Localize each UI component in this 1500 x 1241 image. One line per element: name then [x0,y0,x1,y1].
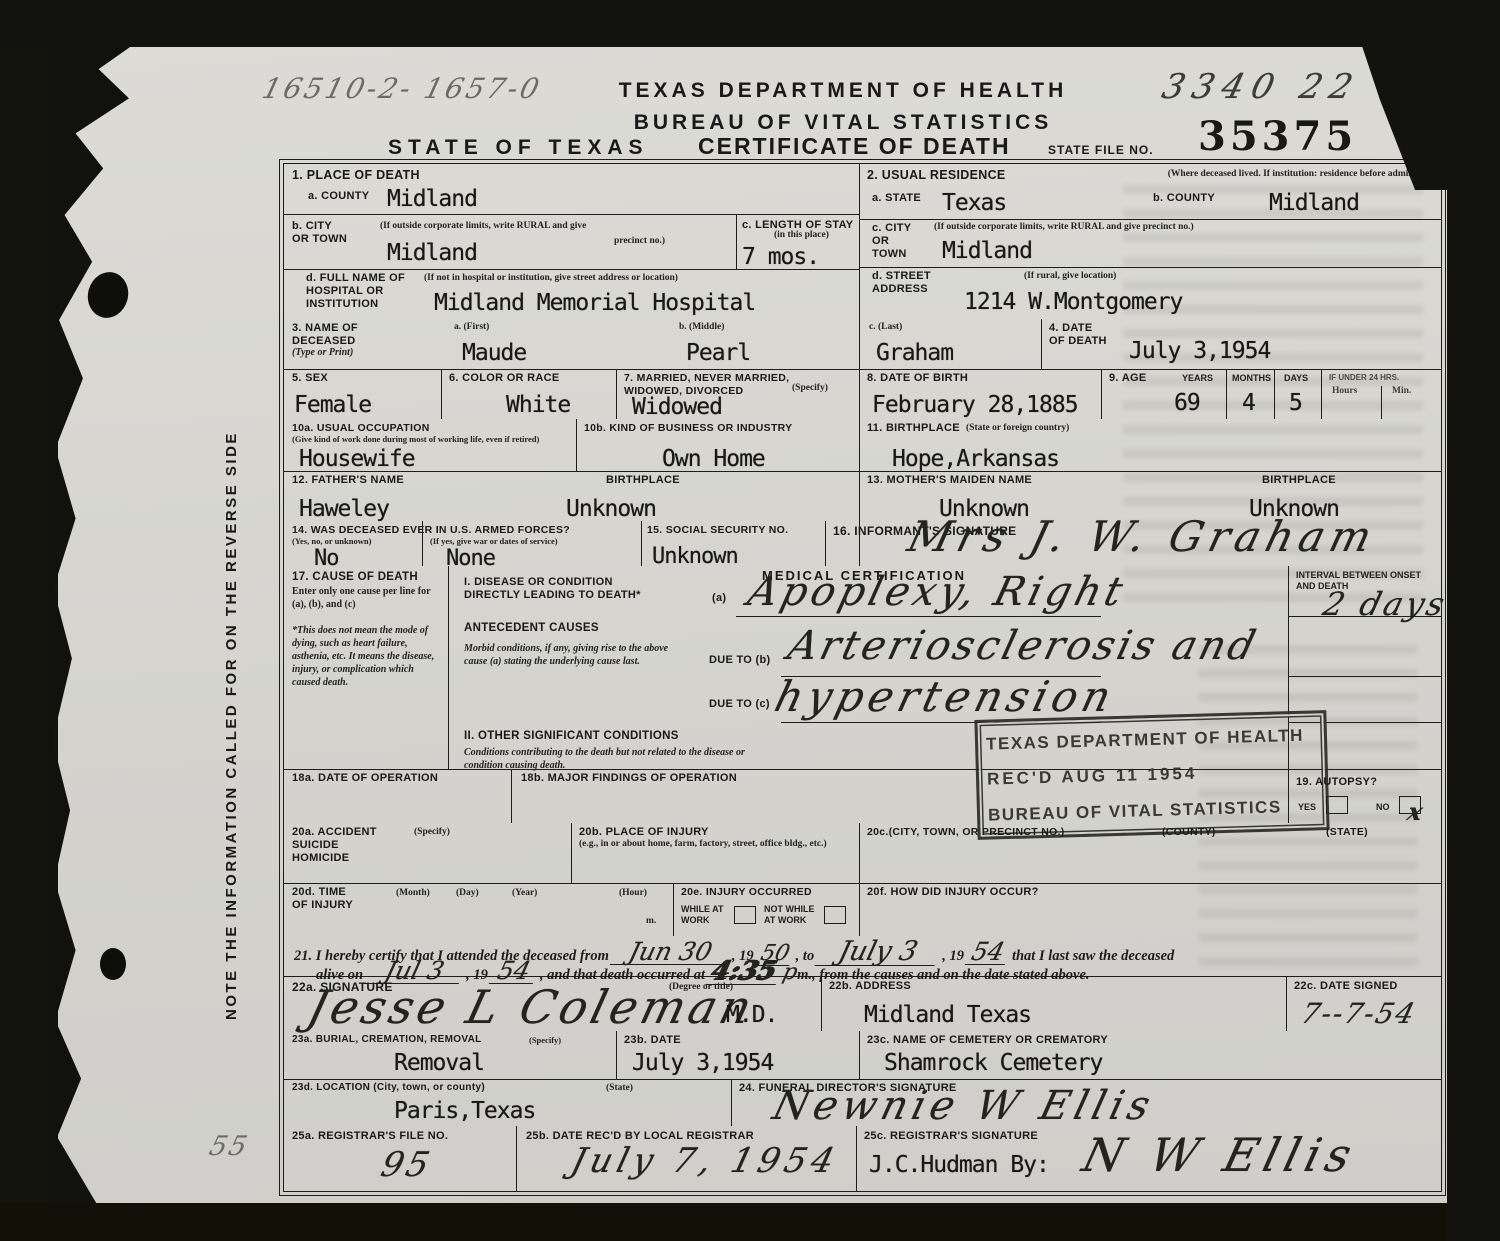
field-3a-label: a. (First) [454,322,489,334]
field-13-birthplace-label: BIRTHPLACE [1262,474,1336,487]
field-17-note1: Enter only one cause per line for (a), (… [292,586,440,611]
field-20c-label: 20c.(CITY, TOWN, OR PRECINCT NO.) [867,826,1065,839]
field-20d-day: (Day) [456,888,479,900]
scan-edge-top [0,0,1500,47]
field-19-no-label: NO [1376,802,1390,813]
field-15-label: 15. SOCIAL SECURITY NO. [647,524,817,537]
field-5-value: Female [294,394,371,417]
field-20d-label: 20d. TIME OF INJURY [292,886,358,912]
certificate-form: 1. PLACE OF DEATH a. COUNTY Midland b. C… [283,163,1442,1192]
field-2d-note: (If rural, give location) [1024,271,1116,283]
field-25c-label: 25c. REGISTRAR'S SIGNATURE [864,1130,1038,1143]
field-4-label: 4. DATE OF DEATH [1049,322,1111,348]
injury-while-at-work-checkbox[interactable] [734,906,756,924]
cause-of-death-b: Arteriosclerosis and [784,626,1262,666]
field-1b-value: Midland [387,242,477,265]
registrar-typed-name: J.C.Hudman By: [869,1154,1049,1177]
field-3a-value: Maude [462,342,526,365]
field-15-value: Unknown [652,546,738,568]
field-1b-note: (If outside corporate limits, write RURA… [380,221,670,233]
field-12-birthplace-label: BIRTHPLACE [606,474,680,487]
field-10b-value: Own Home [662,448,765,471]
field-20e-while-label: WHILE AT WORK [681,904,739,927]
field-9-under24-label: IF UNDER 24 HRS. [1329,373,1399,383]
funeral-director-signature: Newnie W Ellis [769,1086,1159,1126]
field-10a-note: (Give kind of work done during most of w… [292,434,567,445]
field-22c-label: 22c. DATE SIGNED [1294,980,1398,993]
field-3b-label: b. (Middle) [679,322,724,334]
field-1-title: 1. PLACE OF DEATH [292,168,420,183]
field-2a-value: Texas [942,192,1006,215]
header-title: CERTIFICATE OF DEATH [698,133,1011,161]
field-22b-value: Midland Texas [864,1004,1031,1027]
field-22b-label: 22b. ADDRESS [829,980,911,993]
registrar-signature: N W Ellis [1078,1132,1362,1178]
received-stamp: TEXAS DEPARTMENT OF HEALTH REC'D AUG 11 … [974,710,1329,840]
field-9-months-value: 4 [1242,392,1255,415]
margin-note: NOTE THE INFORMATION CALLED FOR ON THE R… [223,300,241,1020]
field-14-value1: No [314,548,339,570]
field-20e-label: 20e. INJURY OCCURRED [681,886,812,899]
field-20d-hour: (Hour) [619,888,647,900]
date-recd-local-registrar: July 7, 1954 [568,1144,843,1178]
field-23b-value: July 3,1954 [632,1052,773,1075]
field-3-label: 3. NAME OF DECEASED [292,322,412,348]
field-20f-label: 20f. HOW DID INJURY OCCUR? [867,886,1039,899]
field-17-ii-note: Conditions contributing to the death but… [464,746,774,772]
field-23c-value: Shamrock Cemetery [884,1052,1102,1075]
field-19-yes-label: YES [1298,802,1316,813]
field-1a-label: a. COUNTY [308,190,369,203]
field-20c-state-label: (STATE) [1326,826,1368,839]
autopsy-yes-checkbox[interactable] [1326,796,1348,814]
field-1d-label: d. FULL NAME OF HOSPITAL OR INSTITUTION [306,272,418,312]
field-10a-label: 10a. USUAL OCCUPATION [292,422,430,435]
certificate-paper: 16510-2- 1657-0 TEXAS DEPARTMENT OF HEAL… [58,45,1450,1205]
header-department: TEXAS DEPARTMENT OF HEALTH [603,78,1083,103]
field-23c-label: 23c. NAME OF CEMETERY OR CREMATORY [867,1034,1108,1047]
field-6-value: White [506,394,570,417]
field-2a-label: a. STATE [872,192,921,205]
field-1b-note2: precinct no.) [614,236,665,248]
field-2b-value: Midland [1269,192,1359,215]
field-2c-value: Midland [942,240,1032,263]
field-14-value2: None [446,548,495,570]
field-3c-value: Graham [876,342,953,365]
field-10a-value: Housewife [299,448,415,471]
stamp-line3: BUREAU OF VITAL STATISTICS [988,797,1318,823]
field-1a-value: Midland [387,188,477,211]
cause-of-death-a: Apoplexy, Right [744,572,1130,612]
field-25a-label: 25a. REGISTRAR'S FILE NO. [292,1130,448,1143]
injury-not-while-at-work-checkbox[interactable] [824,906,846,924]
page-number: 55 [207,1133,252,1160]
header-bureau: BUREAU OF VITAL STATISTICS [603,110,1083,135]
field-18a-label: 18a. DATE OF OPERATION [292,772,438,785]
hole-punch-artifact [100,948,126,980]
field-20b-label: 20b. PLACE OF INJURY [579,826,709,839]
field-2c-label: c. CITY OR TOWN [872,222,927,262]
field-8-label: 8. DATE OF BIRTH [867,372,968,385]
physician-signature: Jesse L Coleman [303,984,760,1030]
field-23a-label: 23a. BURIAL, CREMATION, REMOVAL [292,1034,482,1046]
field-23a-value: Removal [394,1052,484,1075]
cause-of-death-c: hypertension [771,676,1120,718]
antecedent-causes-label: ANTECEDENT CAUSES [464,622,599,636]
field-18b-label: 18b. MAJOR FINDINGS OF OPERATION [521,772,737,785]
field-10b-label: 10b. KIND OF BUSINESS OR INDUSTRY [584,422,792,435]
field-17b-tag: DUE TO (b) [709,654,770,667]
field-3-note: (Type or Print) [292,346,353,359]
field-7-value: Widowed [632,396,722,419]
field-11-label: 11. BIRTHPLACE [867,422,960,435]
stamp-line2: REC'D AUG 11 1954 [987,762,1317,788]
field-20a-label: 20a. ACCIDENT SUICIDE HOMICIDE [292,826,397,866]
state-file-no-label: STATE FILE NO. [1048,143,1154,157]
field-20b-note: (e.g., in or about home, farm, factory, … [579,839,829,851]
field-20a-note: (Specify) [414,827,450,839]
field-2c-note: (If outside corporate limits, write RURA… [934,222,1414,234]
field-2d-label: d. STREET ADDRESS [872,270,952,296]
field-11-note: (State or foreign country) [966,423,1069,435]
field-11-value: Hope,Arkansas [892,448,1059,471]
field-17-note2: *This does not mean the mode of dying, s… [292,624,440,689]
field-20d-m: m. [646,916,656,928]
field-9-days-value: 5 [1289,392,1302,415]
physician-degree: M.D. [726,1004,777,1027]
header-state: STATE OF TEXAS [388,135,649,160]
field-20e-notwhile-label: NOT WHILE AT WORK [764,904,824,927]
field-9-hours-label: Hours [1332,386,1357,398]
field-12-label: 12. FATHER'S NAME [292,474,404,487]
field-12-value: Haweley [299,498,389,521]
field-2-title: 2. USUAL RESIDENCE [867,168,1006,183]
field-23b-label: 23b. DATE [624,1034,681,1047]
field-9-years-label: YEARS [1182,373,1213,384]
date-signed-value: 7--7-54 [1299,1000,1420,1028]
field-6-label: 6. COLOR OR RACE [449,372,560,385]
field-23d-state-label: (State) [606,1083,633,1095]
scan-edge-bottom [0,1203,1500,1241]
field-1d-value: Midland Memorial Hospital [434,292,755,315]
field-5-label: 5. SEX [292,372,328,385]
field-17-ii-label: II. OTHER SIGNIFICANT CONDITIONS [464,730,679,744]
field-20d-month: (Month) [396,888,430,900]
field-1c-value: 7 mos. [742,246,819,269]
field-8-value: February 28,1885 [872,394,1078,417]
field-23d-value: Paris,Texas [394,1100,535,1123]
stamp-line1: TEXAS DEPARTMENT OF HEALTH [986,727,1316,753]
field-3b-value: Pearl [686,342,750,365]
field-20d-year: (Year) [512,888,537,900]
field-19-label: 19. AUTOPSY? [1296,776,1377,789]
field-23d-label: 23d. LOCATION (City, town, or county) [292,1082,485,1094]
field-12-birthplace-value: Unknown [566,498,656,521]
field-1c-note: (in this place) [774,230,829,242]
field-2b-label: b. COUNTY [1153,192,1215,205]
field-17c-tag: DUE TO (c) [709,698,770,711]
field-9-years-value: 69 [1174,392,1200,415]
field-14-note1: (Yes, no, or unknown) [292,536,412,547]
field-17-i-label: I. DISEASE OR CONDITION DIRECTLY LEADING… [464,576,641,602]
handwritten-number: 3340 22 [1159,70,1364,104]
field-14-label: 14. WAS DECEASED EVER IN U.S. ARMED FORC… [292,524,637,537]
field-3c-label: c. (Last) [869,322,902,334]
field-1b-label: b. CITY OR TOWN [292,220,350,246]
field-9-months-label: MONTHS [1232,373,1271,384]
scanned-death-certificate: 16510-2- 1657-0 TEXAS DEPARTMENT OF HEAL… [0,0,1500,1241]
field-9-label: 9. AGE [1109,372,1146,385]
field-20c-county-label: (COUNTY) [1162,826,1216,839]
state-file-number: 35375 [1198,117,1357,157]
pencil-annotation: 16510-2- 1657-0 [260,75,545,103]
field-17-label: 17. CAUSE OF DEATH [292,571,418,585]
field-13-label: 13. MOTHER'S MAIDEN NAME [867,474,1032,487]
field-9-days-label: DAYS [1284,373,1308,384]
antecedent-causes-note: Morbid conditions, if any, giving rise t… [464,642,689,668]
field-9-min-label: Min. [1392,386,1411,398]
field-7-note: (Specify) [792,383,828,395]
field-17a-tag: (a) [712,592,726,605]
field-1d-note: (If not in hospital or institution, give… [424,273,844,285]
field-4-value: July 3,1954 [1129,340,1270,363]
field-23a-note: (Specify) [529,1035,561,1046]
field-2-note: (Where deceased lived. If institution: r… [1084,169,1434,181]
field-2d-value: 1214 W.Montgomery [964,291,1182,314]
informant-signature: Mrs J. W. Graham [904,516,1382,558]
registrar-file-no: 95 [378,1148,436,1182]
